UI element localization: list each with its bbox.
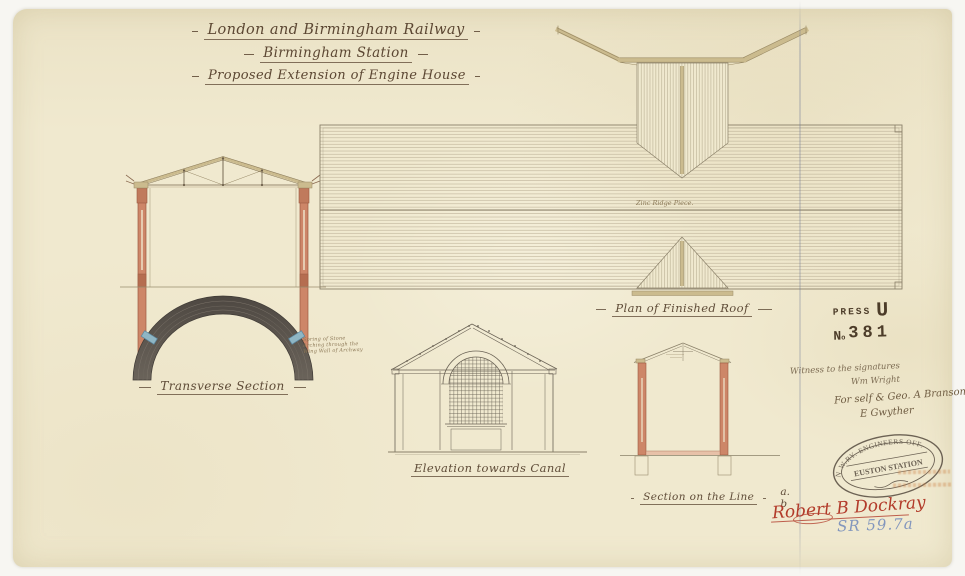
ridge-annotation: Zinc Ridge Piece. bbox=[635, 199, 694, 207]
roof-plan-caption: Plan of Finished Roof bbox=[612, 301, 751, 317]
roof-main-rectangle bbox=[320, 125, 902, 289]
roof-plan-label: Plan of Finished Roof bbox=[584, 301, 784, 317]
press-number: 381 bbox=[848, 323, 891, 343]
title-rule bbox=[192, 31, 198, 32]
title-rule bbox=[192, 76, 199, 77]
brick-columns bbox=[137, 188, 309, 376]
archive-reference: SR 59.7a bbox=[837, 515, 914, 536]
press-mark-stamp: PRESS U No 381 bbox=[832, 299, 891, 343]
canal-elevation-label: Elevation towards Canal bbox=[399, 461, 581, 477]
section-roof bbox=[634, 343, 731, 364]
canal-elevation-drawing bbox=[385, 318, 590, 468]
label-rule bbox=[763, 498, 766, 499]
press-no-sup: o bbox=[841, 334, 845, 342]
rake-dots bbox=[406, 325, 541, 362]
press-letter: U bbox=[876, 299, 889, 322]
label-rule bbox=[139, 387, 151, 388]
roof-plan-drawing: Zinc Ridge Piece. bbox=[318, 24, 908, 298]
roof-truss bbox=[138, 157, 308, 188]
arch-annotation: Spring of Stone Arching through the Wing… bbox=[303, 335, 363, 355]
roof-top-eaves bbox=[557, 26, 807, 65]
label-rule bbox=[631, 498, 634, 499]
arched-window-glazing bbox=[445, 352, 507, 426]
transverse-section-caption: Transverse Section bbox=[157, 379, 287, 395]
masonry-arch bbox=[133, 296, 313, 380]
section-walls bbox=[636, 359, 729, 455]
line-section-label: Section on the Line a. b bbox=[625, 486, 790, 510]
transverse-section-label: Transverse Section bbox=[130, 379, 315, 395]
label-rule bbox=[758, 309, 772, 310]
line-section-caption: Section on the Line bbox=[640, 491, 757, 505]
transverse-section-drawing bbox=[118, 148, 328, 382]
stamp-center-text: EUSTON STATION bbox=[853, 457, 923, 478]
label-rule bbox=[596, 309, 606, 310]
line-section-drawing bbox=[618, 330, 783, 482]
title-rule bbox=[244, 54, 254, 55]
press-word: PRESS bbox=[833, 306, 872, 318]
euston-office-stamp: N.W.RY. ENGINEERS OFF. EUSTON STATION bbox=[826, 428, 950, 504]
canal-elevation-caption: Elevation towards Canal bbox=[411, 461, 569, 477]
press-number-row: No 381 bbox=[833, 323, 891, 344]
press-row: PRESS U bbox=[832, 299, 890, 324]
press-no-prefix: N bbox=[833, 329, 841, 344]
label-rule bbox=[294, 387, 306, 388]
